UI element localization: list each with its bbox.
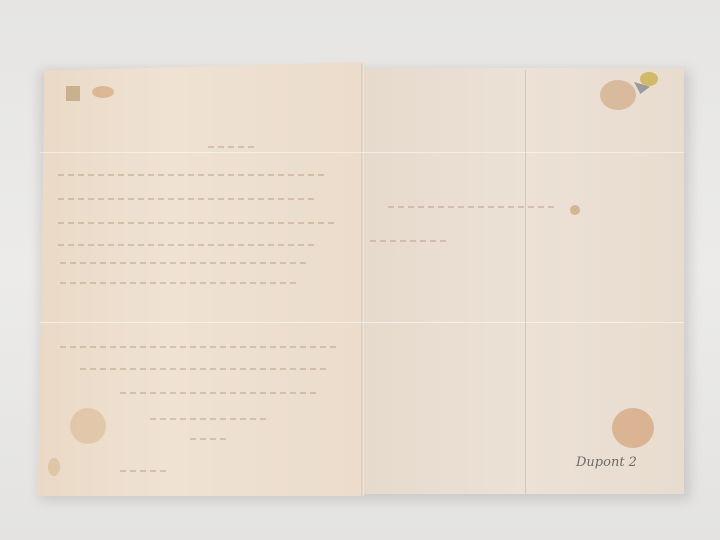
bleed-through-text	[60, 262, 310, 264]
bleed-through-text	[370, 240, 450, 242]
stain-spot	[570, 205, 580, 215]
bleed-through-text	[58, 222, 338, 224]
stain-top-left	[92, 86, 114, 98]
stain-edge	[48, 458, 60, 476]
fold-line-right	[525, 70, 526, 494]
stain-bottom-right	[612, 408, 654, 448]
fold-line-top	[40, 152, 684, 153]
fold-line-middle	[40, 322, 684, 323]
stain-yellow	[640, 72, 658, 86]
bleed-through-text	[58, 244, 318, 246]
bleed-through-text	[58, 198, 318, 200]
bleed-through-text	[120, 392, 320, 394]
bleed-through-text	[80, 368, 330, 370]
bleed-through-text	[190, 438, 230, 440]
center-fold	[361, 64, 364, 496]
bleed-through-text	[58, 174, 328, 176]
pencil-annotation: Dupont 2	[576, 455, 637, 470]
stain-bottom-left	[70, 408, 106, 444]
bleed-through-text	[60, 346, 340, 348]
bleed-through-text	[150, 418, 270, 420]
stain-square	[66, 86, 80, 101]
bleed-through-text	[60, 282, 300, 284]
bleed-through-text	[120, 470, 170, 472]
stain-top-right	[600, 80, 636, 110]
bleed-through-text	[388, 206, 558, 208]
bleed-through-text	[208, 146, 258, 148]
